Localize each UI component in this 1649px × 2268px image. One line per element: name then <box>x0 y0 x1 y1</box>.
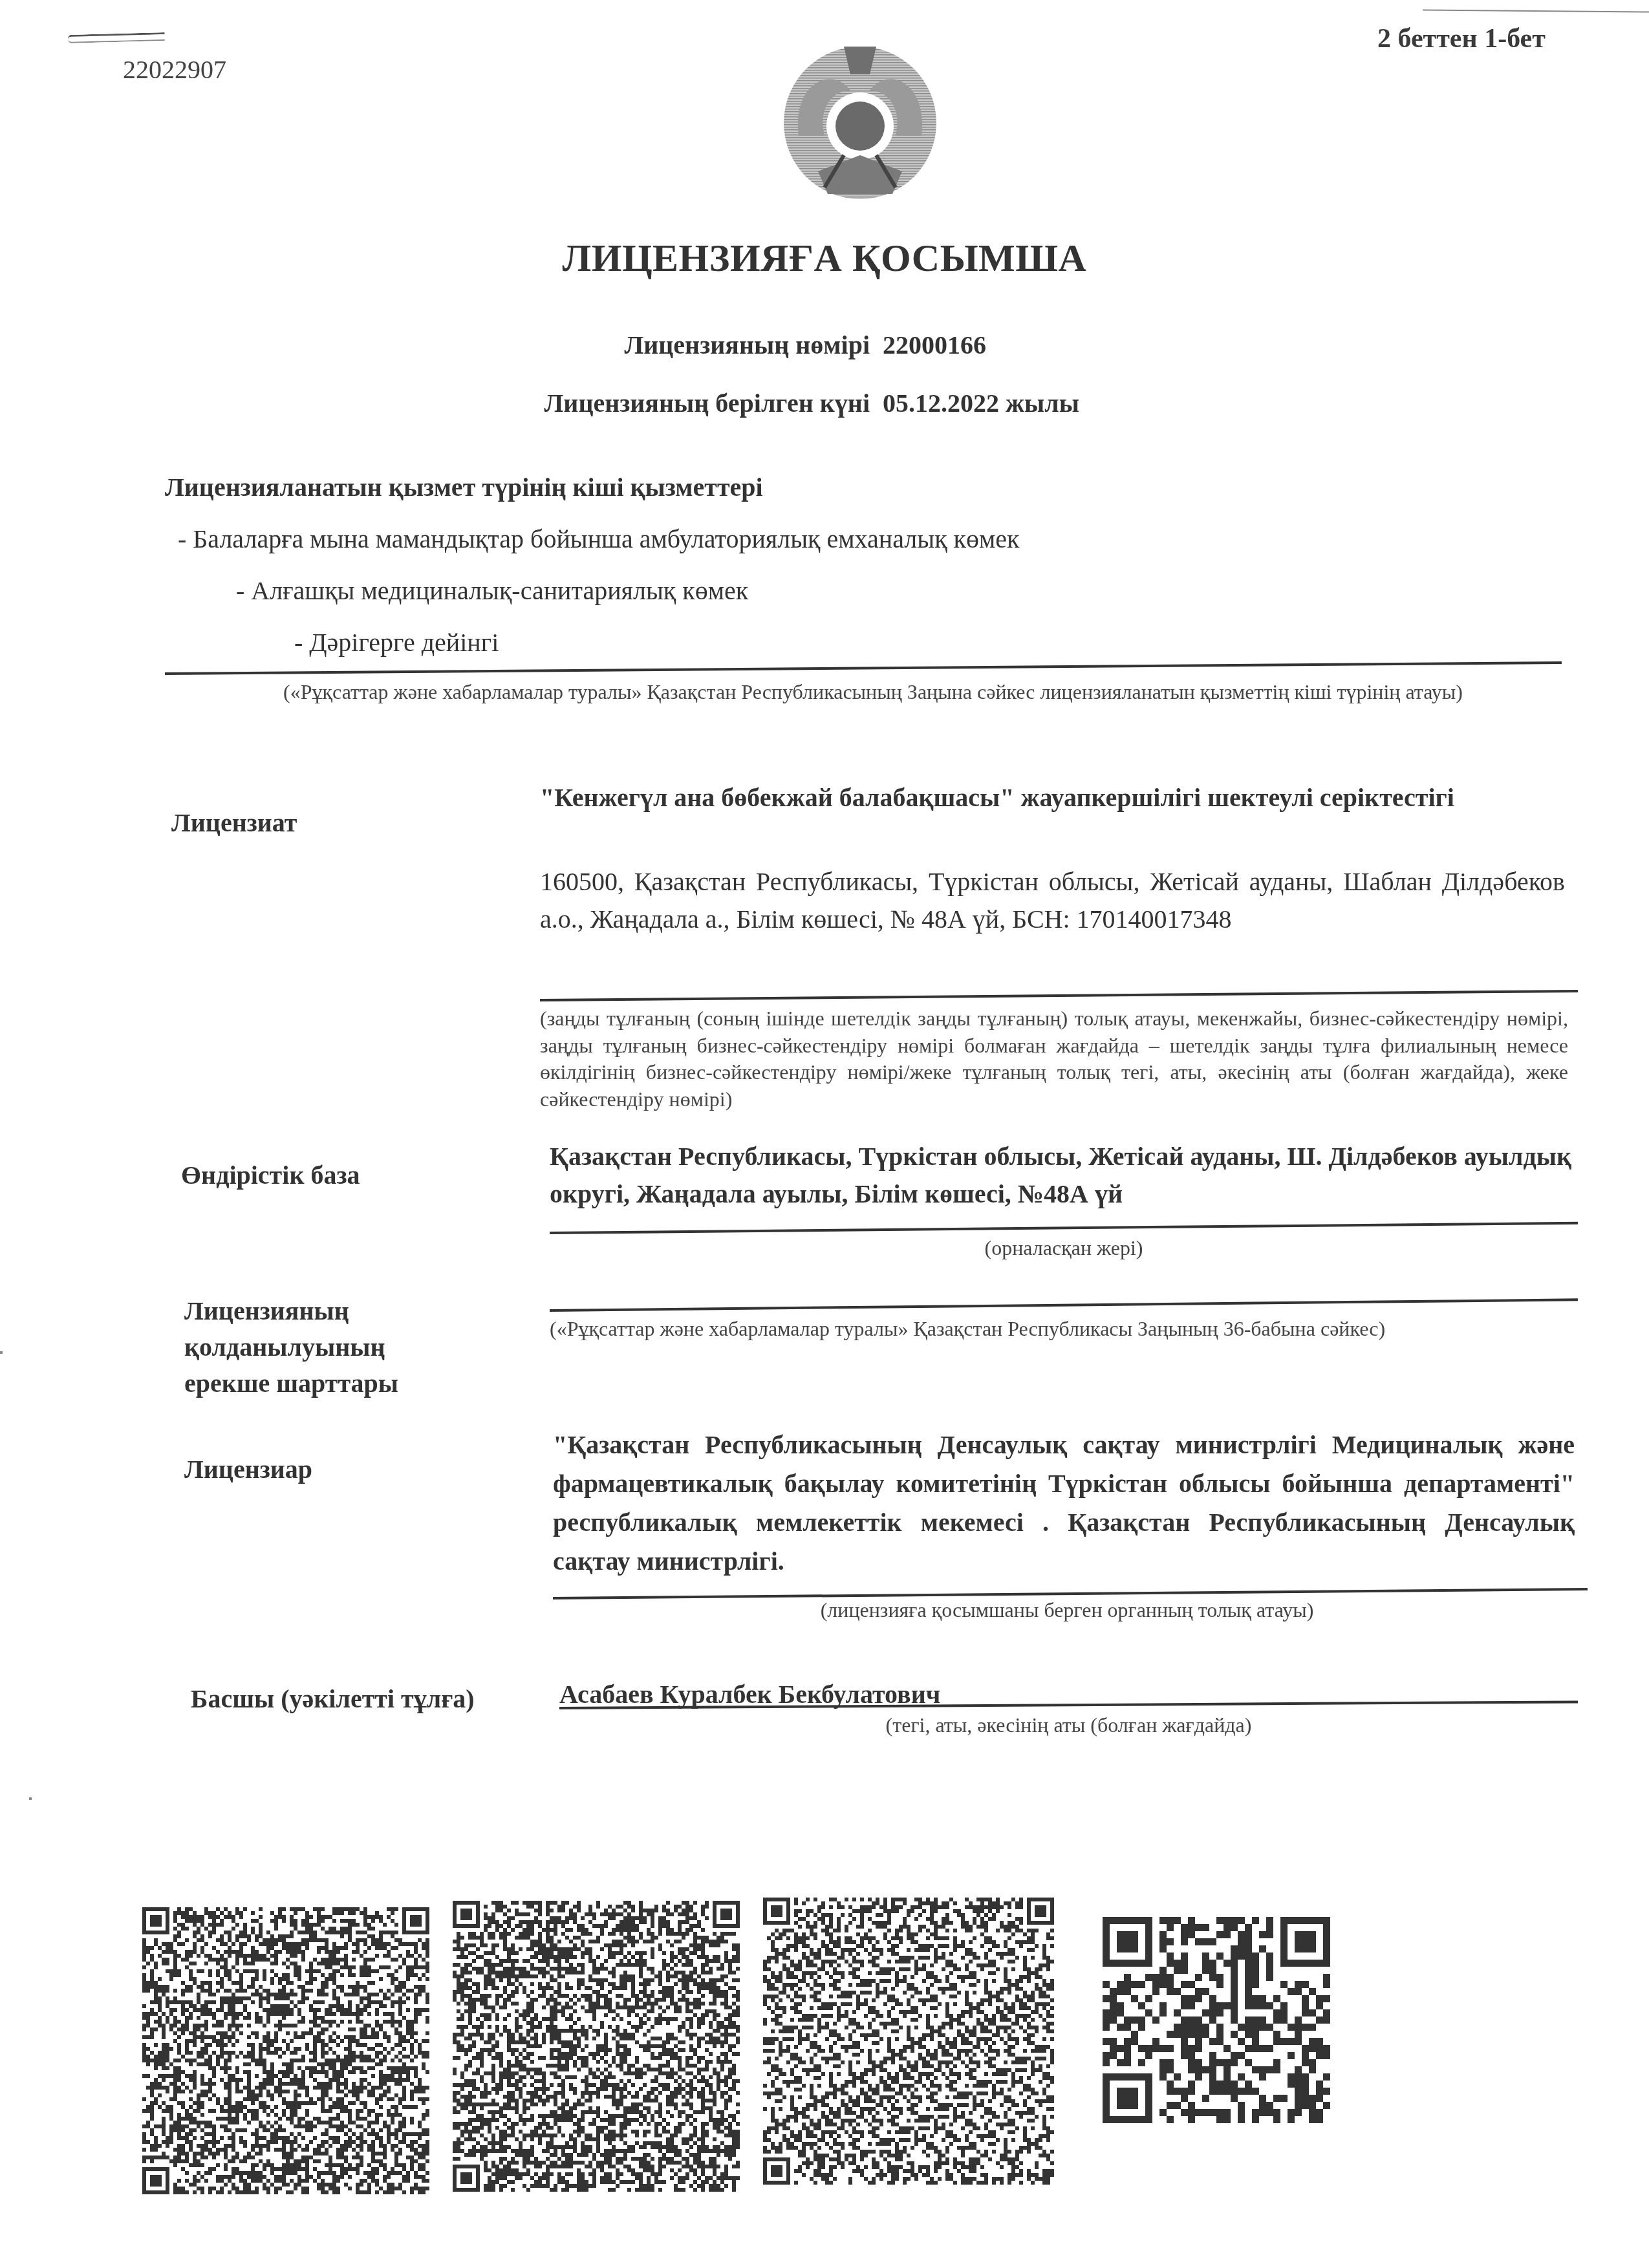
barcode-2 <box>453 1901 740 2192</box>
special-conditions-label-line: қолданылуының <box>184 1329 456 1365</box>
scan-speck <box>29 1797 32 1800</box>
licensee-label: Лицензиат <box>171 805 297 841</box>
production-base-note: (орналасқан жері) <box>550 1235 1578 1262</box>
license-number-label: Лицензияның нөмірі <box>482 330 870 360</box>
qr-code <box>1103 1917 1335 2127</box>
licensee-address: 160500, Қазақстан Республикасы, Түркіста… <box>540 863 1565 938</box>
special-conditions-label-line: Лицензияның <box>184 1293 456 1329</box>
special-conditions-note: («Рұқсаттар және хабарламалар туралы» Қа… <box>550 1316 1571 1343</box>
scan-speck <box>0 1351 3 1354</box>
licensee-name: "Кенжегүл ана бөбекжай балабақшасы" жауа… <box>540 779 1565 817</box>
divider-line <box>550 1298 1578 1312</box>
licensor-note: (лицензияға қосымшаны берген органның то… <box>553 1597 1581 1624</box>
head-note: (тегі, аты, әкесінің аты (болған жағдайд… <box>559 1712 1578 1739</box>
subservices-note: («Рұқсаттар және хабарламалар туралы» Қа… <box>194 679 1552 706</box>
staple-mark <box>68 32 165 43</box>
subservices-heading: Лицензияланатын қызмет түрінің кіші қызм… <box>165 472 763 502</box>
license-number-row: Лицензияның нөмірі22000166 <box>482 330 986 360</box>
license-date-row: Лицензияның берілген күні05.12.2022 жылы <box>482 388 1079 418</box>
license-date-value: 05.12.2022 жылы <box>883 389 1079 418</box>
license-number-value: 22000166 <box>883 330 986 359</box>
barcode-1 <box>142 1907 430 2195</box>
subservice-item: - Дәрігерге дейінгі <box>294 627 499 658</box>
production-base-value: Қазақстан Республикасы, Түркістан облысы… <box>550 1138 1571 1213</box>
scan-edge-line <box>1423 9 1649 12</box>
licensee-note: (заңды тұлғаның (соның ішінде шетелдік з… <box>540 1005 1568 1113</box>
special-conditions-label: Лицензияның қолданылуының ерекше шарттар… <box>184 1293 456 1402</box>
divider-line <box>540 990 1578 1001</box>
production-base-label: Өндірістік база <box>181 1157 360 1193</box>
page-title: ЛИЦЕНЗИЯҒА ҚОСЫМША <box>0 236 1649 281</box>
license-date-label: Лицензияның берілген күні <box>482 388 870 418</box>
licensor-value: "Қазақстан Республикасының Денсаулық сақ… <box>553 1426 1575 1581</box>
subservice-item: - Балаларға мына мамандықтар бойынша амб… <box>178 524 1020 554</box>
divider-line <box>165 661 1562 675</box>
divider-line <box>550 1222 1578 1234</box>
head-label: Басшы (уәкілетті тұлға) <box>191 1681 475 1717</box>
document-number: 22022907 <box>123 54 226 85</box>
barcode-3 <box>763 1898 1057 2185</box>
subservice-item: - Алғашқы медициналық-санитариялық көмек <box>236 575 748 606</box>
state-emblem-icon <box>779 39 941 204</box>
licensor-label: Лицензиар <box>184 1451 312 1488</box>
page-label: 2 беттен 1-бет <box>1377 23 1546 54</box>
special-conditions-label-line: ерекше шарттары <box>184 1365 456 1402</box>
